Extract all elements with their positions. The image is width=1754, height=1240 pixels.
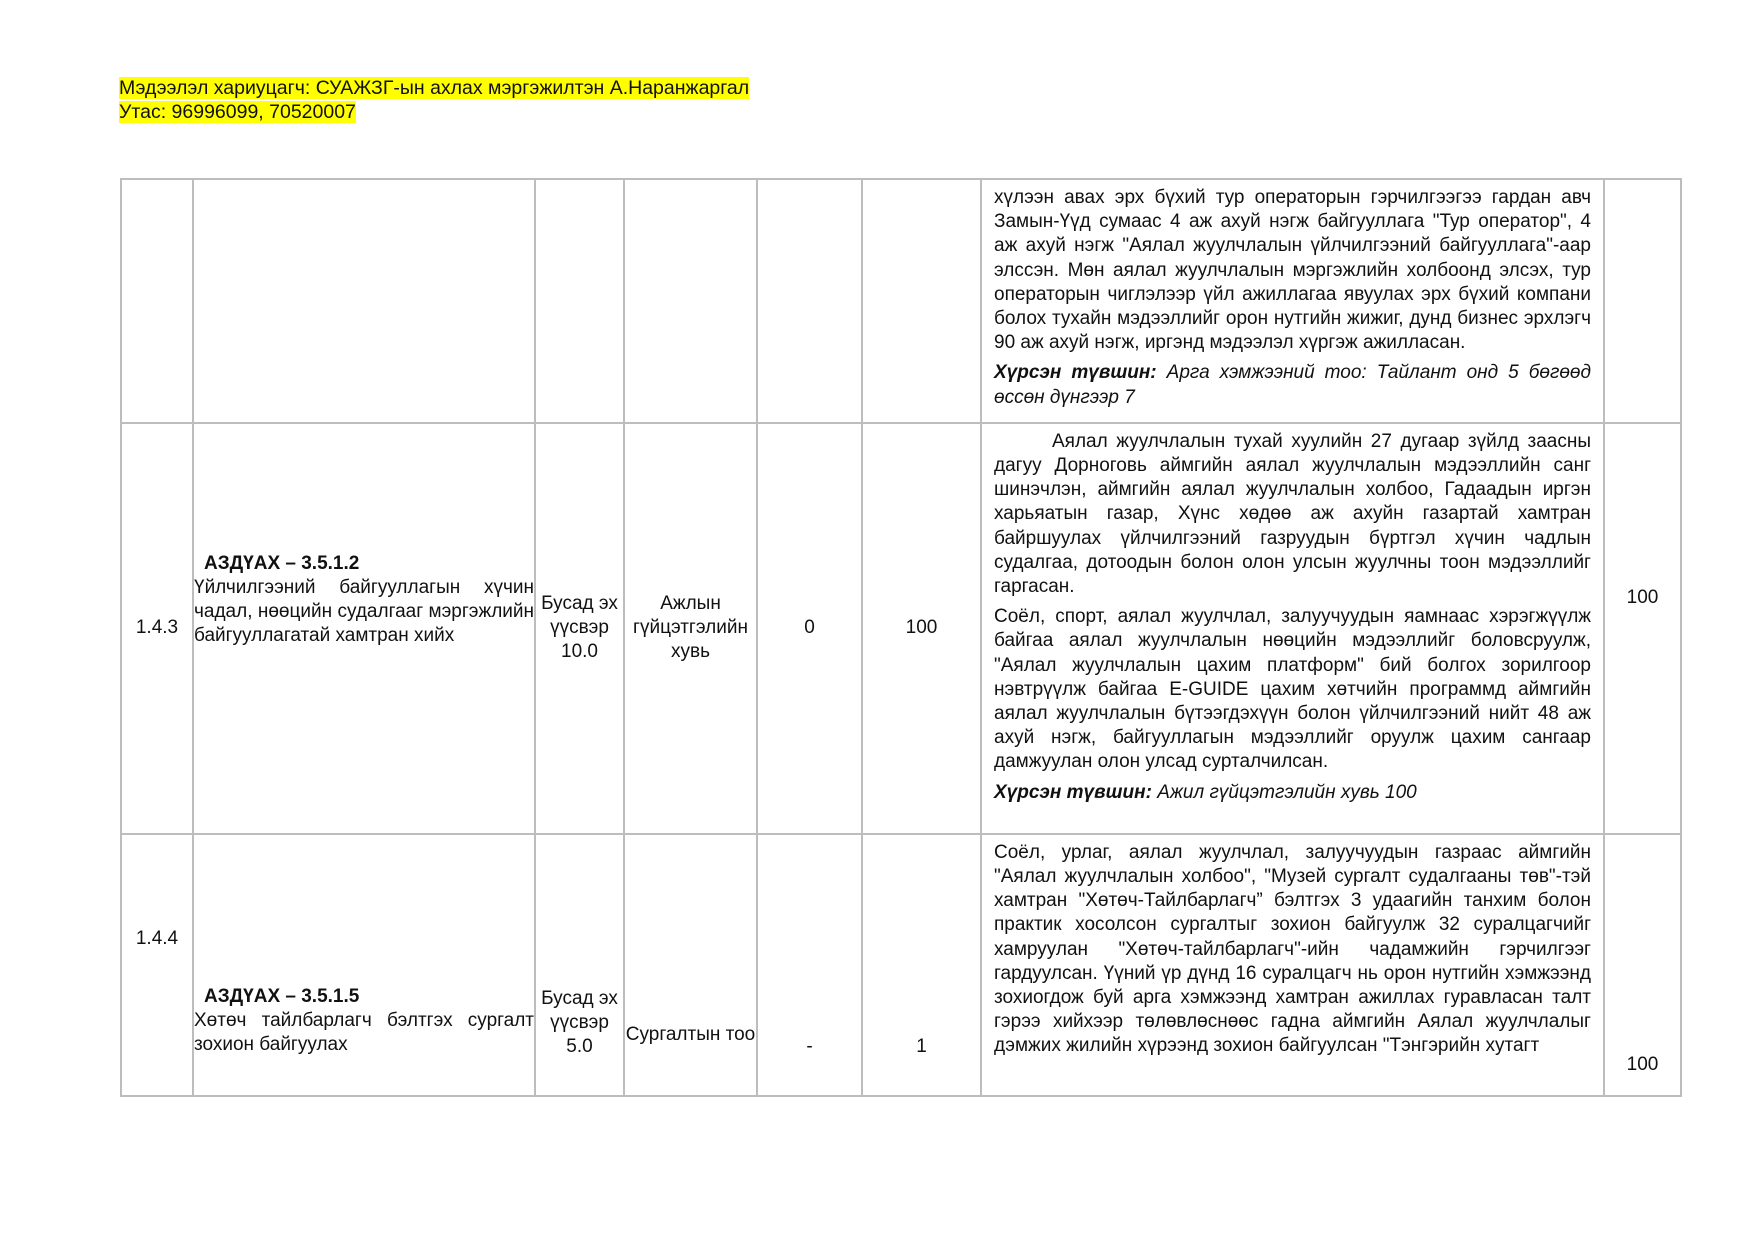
task-text: Хөтөч тайлбарлагч бэлтгэх сургалт зохион… [194,1010,534,1055]
target-value [862,179,981,423]
baseline-value: - [757,834,862,1096]
target-value: 100 [862,423,981,834]
task-code: АЗДҮАХ – 3.5.1.2 [194,552,534,576]
description-paragraph: Аялал жуулчлалын тухай хуулийн 27 дугаар… [994,430,1591,599]
completion-percent: 100 [1604,423,1681,834]
implementation-description: Соёл, урлаг, аялал жуулчлал, залуучуудын… [981,834,1604,1096]
completion-percent [1604,179,1681,423]
task-cell: АЗДҮАХ – 3.5.1.2 Үйлчилгээний байгууллаг… [193,423,535,834]
task-cell: АЗДҮАХ – 3.5.1.5 Хөтөч тайлбарлагч бэлтг… [193,834,535,1096]
indicator [624,179,757,423]
table-row: 1.4.4 АЗДҮАХ – 3.5.1.5 Хөтөч тайлбарлагч… [121,834,1681,1096]
task-code: АЗДҮАХ – 3.5.1.5 [194,985,534,1009]
funding-source: Бусад эх үүсвэр 10.0 [535,423,624,834]
task-cell [193,179,535,423]
report-table: хүлээн авах эрх бүхий тур операторын гэр… [120,178,1682,1097]
implementation-description: Аялал жуулчлалын тухай хуулийн 27 дугаар… [981,423,1604,834]
funding-source: Бусад эх үүсвэр 5.0 [535,834,624,1096]
description-paragraph: хүлээн авах эрх бүхий тур операторын гэр… [994,186,1591,355]
table-row: 1.4.3 АЗДҮАХ – 3.5.1.2 Үйлчилгээний байг… [121,423,1681,834]
baseline-value: 0 [757,423,862,834]
row-number [121,179,193,423]
contact-header: Мэдээлэл хариуцагч: СУАЖЗГ-ын ахлах мэрг… [119,76,749,124]
row-number: 1.4.3 [121,423,193,834]
description-paragraph: Соёл, урлаг, аялал жуулчлал, залуучуудын… [994,841,1591,1059]
description-paragraph: Соёл, спорт, аялал жуулчлал, залуучуудын… [994,605,1591,774]
target-value: 1 [862,834,981,1096]
table-row: хүлээн авах эрх бүхий тур операторын гэр… [121,179,1681,423]
indicator: Сургалтын тоо [624,834,757,1096]
indicator: Ажлын гүйцэтгэлийн хувь [624,423,757,834]
implementation-description: хүлээн авах эрх бүхий тур операторын гэр… [981,179,1604,423]
achieved-level: Хүрсэн түвшин: Ажил гүйцэтгэлийн хувь 10… [994,781,1591,805]
task-text: Үйлчилгээний байгууллагын хүчин чадал, н… [194,577,534,646]
row-number: 1.4.4 [121,834,193,1096]
responsible-person: Мэдээлэл хариуцагч: СУАЖЗГ-ын ахлах мэрг… [119,77,749,99]
funding-source [535,179,624,423]
achieved-level: Хүрсэн түвшин: Арга хэмжээний тоо: Тайла… [994,361,1591,409]
phone-numbers: Утас: 96996099, 70520007 [119,101,356,123]
baseline-value [757,179,862,423]
completion-percent: 100 [1604,834,1681,1096]
